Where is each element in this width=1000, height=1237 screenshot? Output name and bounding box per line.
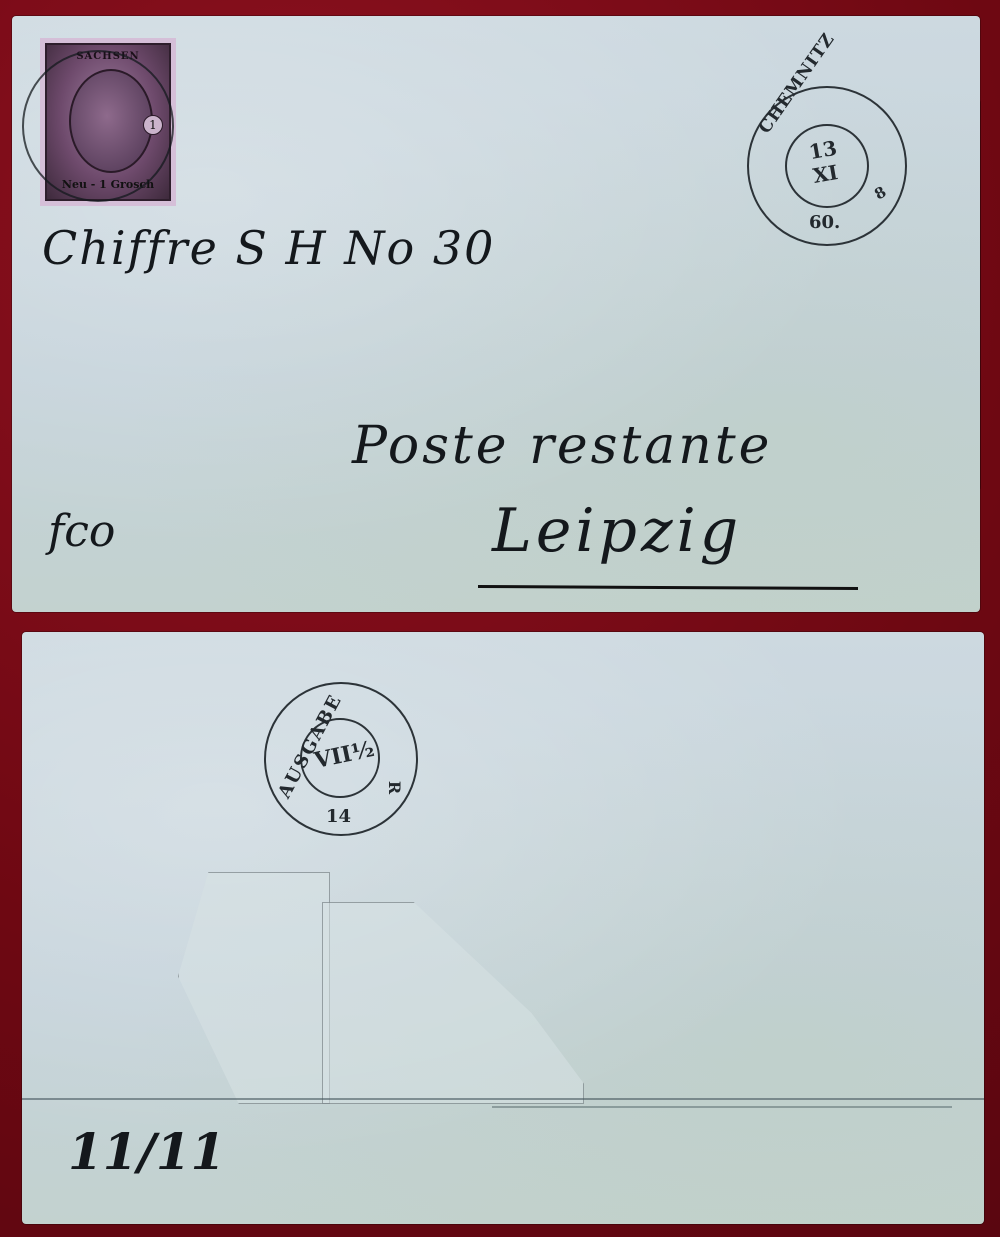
chemnitz-postmark: CHEMNITZ 13 XI 60. 8 (747, 86, 907, 246)
address-line-poste-restante: Poste restante (352, 416, 772, 476)
city-underline (478, 585, 858, 590)
torn-seal-flap (178, 872, 330, 1104)
ausgabe-postmark: AUSGABE VII½ R 14 (264, 682, 434, 832)
postmark-year: 60. (809, 212, 840, 233)
torn-seal-flap-2 (322, 902, 584, 1104)
postmark-day: 14 (326, 806, 351, 827)
postmark-month: XI (811, 160, 840, 188)
cover-front: SACHSEN 1 Neu - 1 Grosch CHEMNITZ 13 XI … (12, 16, 980, 612)
address-line-city: Leipzig (492, 496, 742, 566)
docket-note: 11/11 (68, 1122, 225, 1181)
fold-line (22, 1098, 984, 1100)
fold-line-secondary (492, 1106, 952, 1108)
stamp-cancel-ring (22, 50, 174, 202)
franco-note: fco (48, 506, 115, 557)
postmark-suffix: R (385, 781, 404, 794)
address-line-cipher: Chiffre S H No 30 (42, 221, 495, 275)
cover-back: AUSGABE VII½ R 14 11/11 (22, 632, 984, 1224)
